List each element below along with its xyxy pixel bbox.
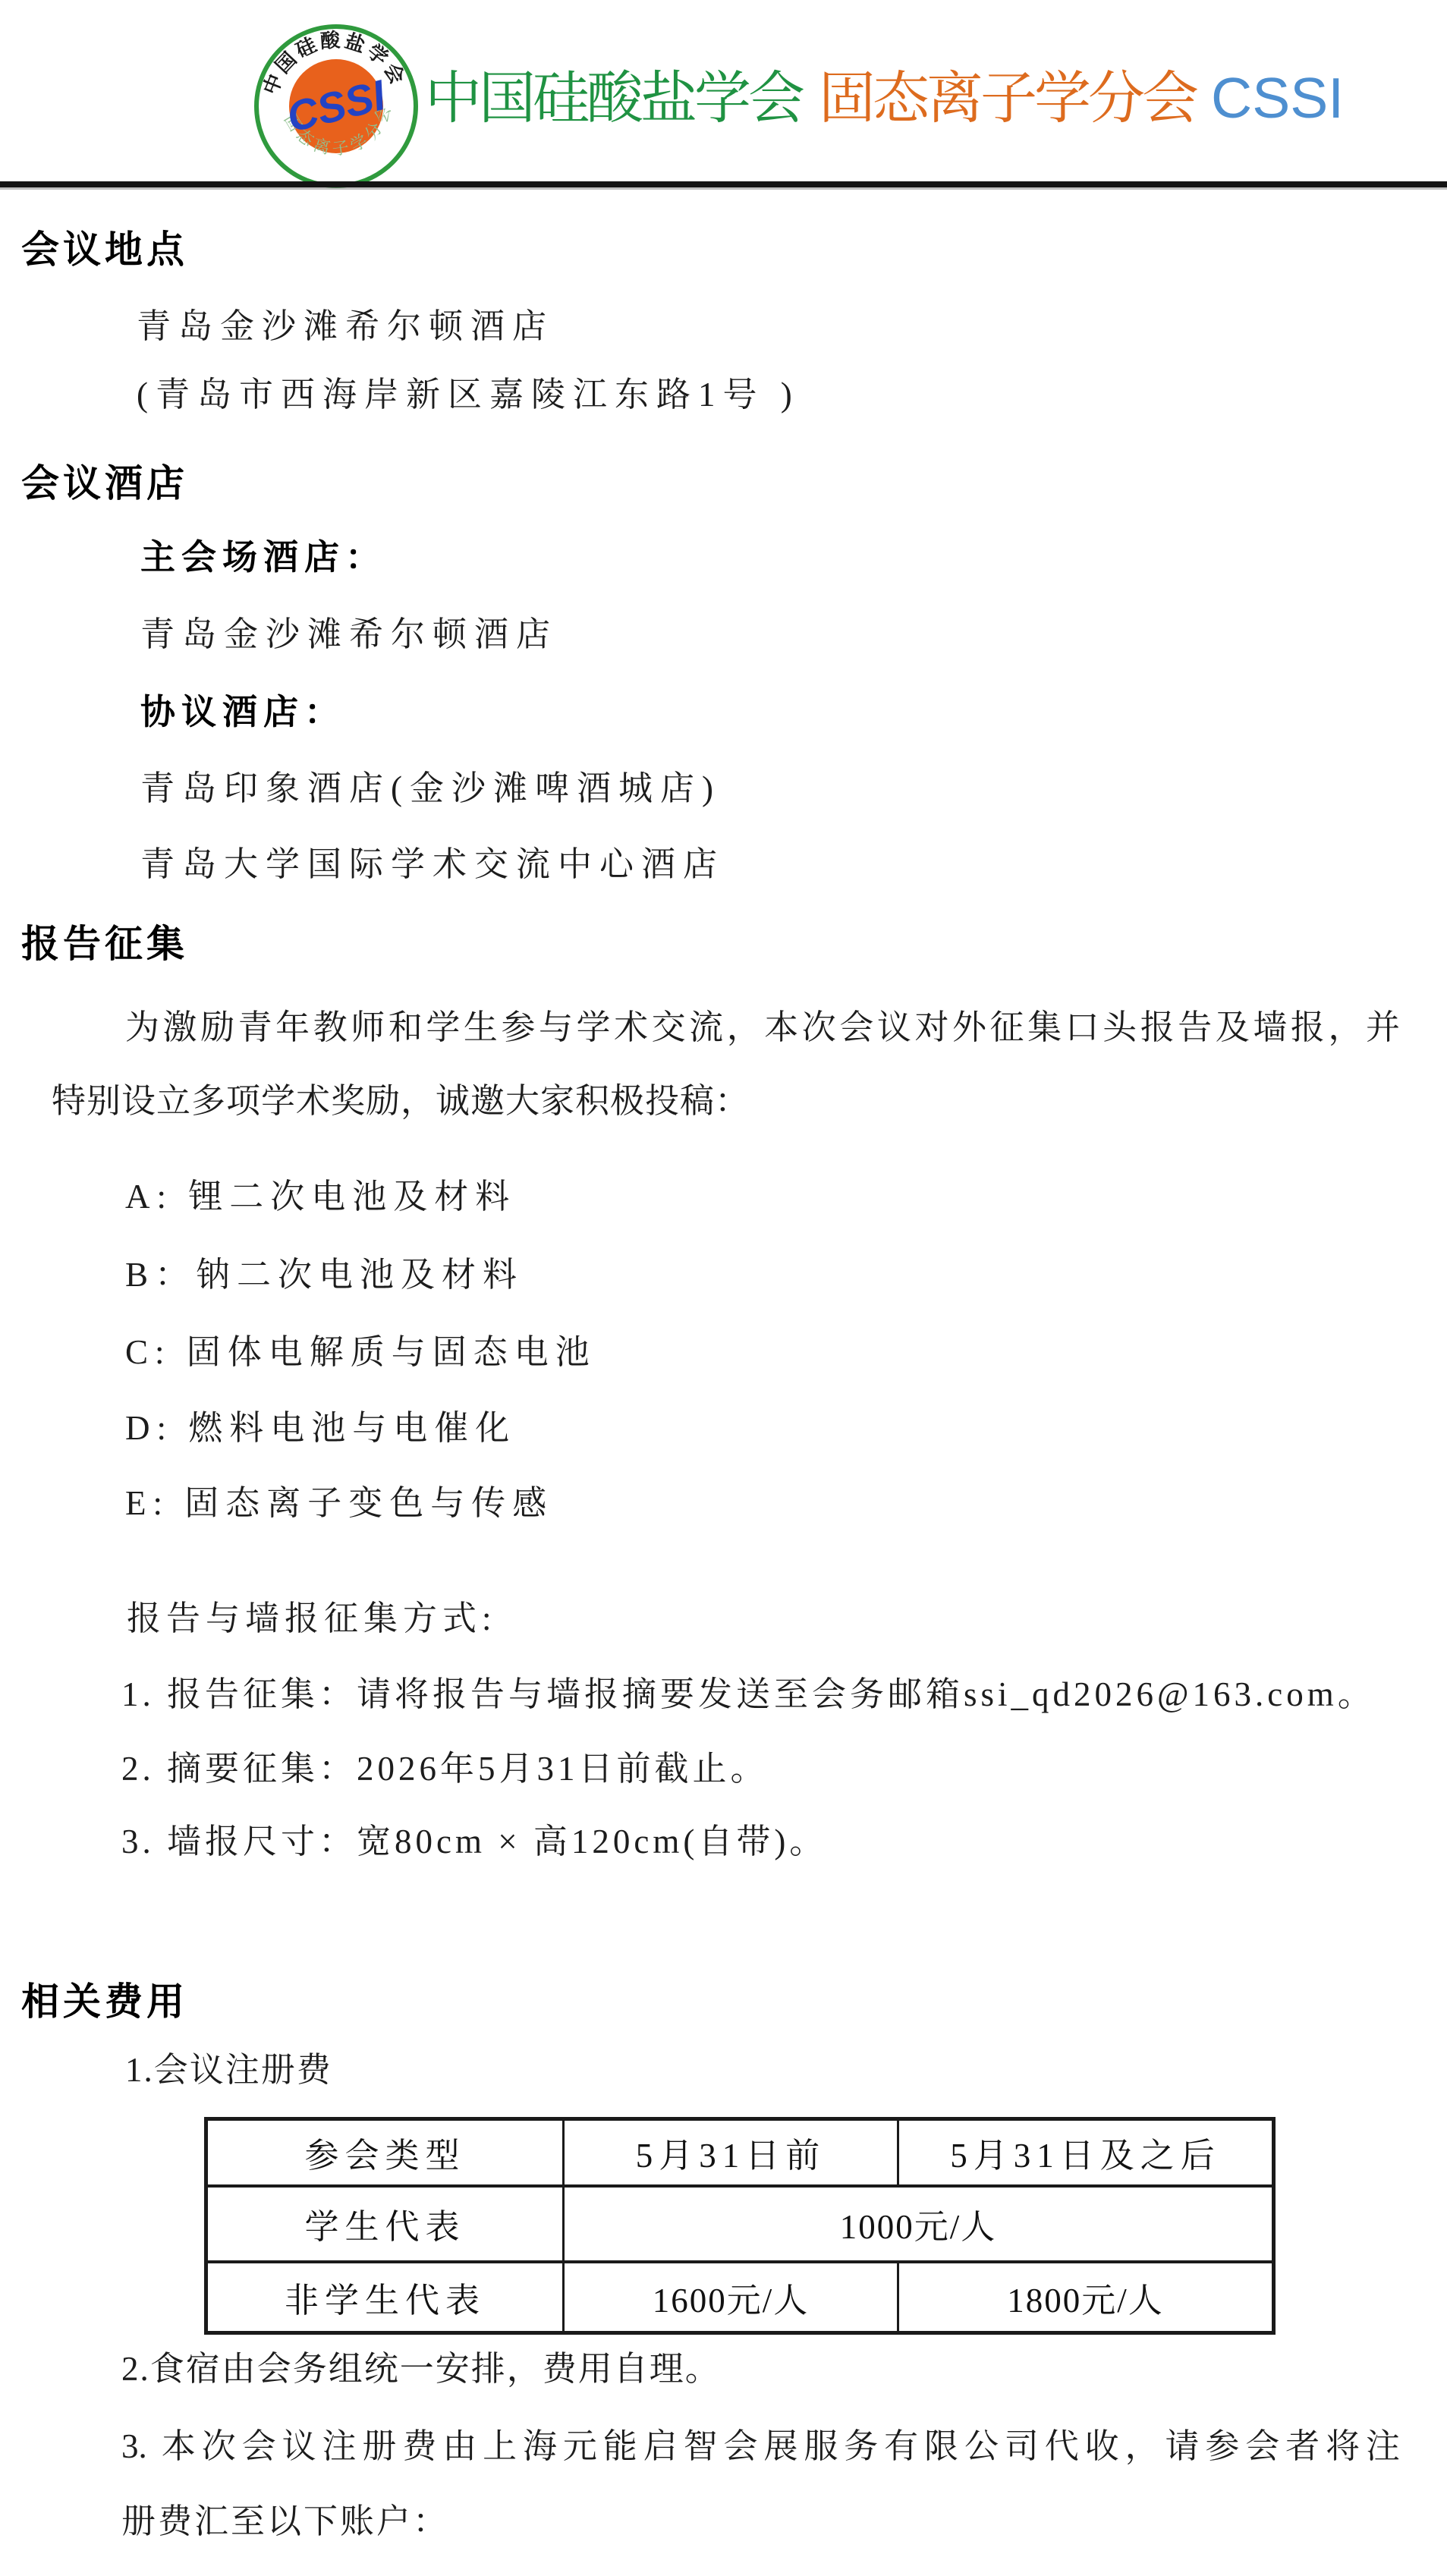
fee-table-student-row: 学生代表 1000元/人 bbox=[206, 2186, 1274, 2262]
topic-item-d: D: 燃料电池与电催化 bbox=[125, 1407, 516, 1449]
call-intro-line-1: 为激励青年教师和学生参与学术交流，本次会议对外征集口头报告及墙报，并 bbox=[125, 1005, 1400, 1050]
registration-fee-table: 参会类型 5月31日前 5月31日及之后 学生代表 1000元/人 非学生代表 … bbox=[204, 2117, 1276, 2335]
fee-table-header-type: 参会类型 bbox=[206, 2119, 564, 2186]
submission-method-title: 报告与墙报征集方式: bbox=[127, 1597, 497, 1640]
header-title: 中国硅酸盐学会固态离子学分会CSSI bbox=[425, 67, 1344, 130]
fee-table-header-late: 5月31日及之后 bbox=[898, 2119, 1273, 2186]
submission-method-1: 1. 报告征集：请将报告与墙报摘要发送至会务邮箱ssi_qd2026@163.c… bbox=[121, 1673, 1376, 1716]
section-heading-fees: 相关费用 bbox=[21, 1978, 188, 2026]
header-rule bbox=[0, 181, 1447, 187]
submission-method-3: 3. 墙报尺寸：宽80cm × 高120cm(自带)。 bbox=[121, 1820, 827, 1863]
section-heading-hotels: 会议酒店 bbox=[21, 460, 188, 508]
main-venue-hotel-label: 主会场酒店： bbox=[140, 536, 386, 580]
venue-address: (青岛市西海岸新区嘉陵江东路1号 ) bbox=[137, 373, 800, 416]
fee-item-registration: 1.会议注册费 bbox=[125, 2049, 332, 2091]
document-page: 中国硅酸盐学会 固态离子学分会 CSSI 中国硅酸盐学会固态离子学分会CSSI … bbox=[0, 0, 1447, 2576]
cssi-logo: 中国硅酸盐学会 固态离子学分会 CSSI bbox=[253, 23, 420, 193]
nonstudent-type-cell: 非学生代表 bbox=[206, 2262, 564, 2333]
topic-item-b: B：钠二次电池及材料 bbox=[125, 1253, 524, 1296]
fee-item-board: 2.食宿由会务组统一安排，费用自理。 bbox=[121, 2348, 721, 2390]
fee-table-nonstudent-row: 非学生代表 1600元/人 1800元/人 bbox=[206, 2262, 1274, 2333]
topic-item-a: A: 锂二次电池及材料 bbox=[125, 1175, 516, 1218]
topic-item-e: E: 固态离子变色与传感 bbox=[125, 1482, 553, 1524]
submission-method-2: 2. 摘要征集：2026年5月31日前截止。 bbox=[121, 1747, 769, 1790]
section-heading-venue: 会议地点 bbox=[21, 226, 188, 274]
student-type-cell: 学生代表 bbox=[206, 2186, 564, 2262]
topic-item-c: C: 固体电解质与固态电池 bbox=[125, 1331, 596, 1373]
title-division: 固态离子学分会 bbox=[819, 66, 1196, 130]
fee-table-header-row: 参会类型 5月31日前 5月31日及之后 bbox=[206, 2119, 1274, 2186]
cssi-logo-graphic: 中国硅酸盐学会 固态离子学分会 CSSI bbox=[253, 23, 420, 190]
fee-table-header-early: 5月31日前 bbox=[564, 2119, 898, 2186]
partner-hotel-2: 青岛大学国际学术交流中心酒店 bbox=[140, 843, 725, 885]
title-society: 中国硅酸盐学会 bbox=[425, 66, 802, 130]
call-intro-line-2: 特别设立多项学术奖励，诚邀大家积极投稿： bbox=[52, 1080, 750, 1122]
partner-hotel-1: 青岛印象酒店(金沙滩啤酒城店) bbox=[140, 767, 721, 810]
section-heading-call-for-papers: 报告征集 bbox=[21, 920, 188, 968]
student-fee-cell: 1000元/人 bbox=[564, 2186, 1274, 2262]
venue-hotel: 青岛金沙滩希尔顿酒店 bbox=[137, 305, 554, 348]
fee-item-payment-line-2: 册费汇至以下账户： bbox=[121, 2500, 449, 2543]
fee-item-payment-line-1: 3. 本次会议注册费由上海元能启智会展服务有限公司代收，请参会者将注 bbox=[121, 2424, 1400, 2469]
main-venue-hotel: 青岛金沙滩希尔顿酒店 bbox=[140, 613, 558, 656]
nonstudent-early-fee-cell: 1600元/人 bbox=[564, 2262, 898, 2333]
partner-hotel-label: 协议酒店： bbox=[140, 690, 345, 734]
title-abbr: CSSI bbox=[1211, 66, 1344, 130]
nonstudent-late-fee-cell: 1800元/人 bbox=[898, 2262, 1273, 2333]
